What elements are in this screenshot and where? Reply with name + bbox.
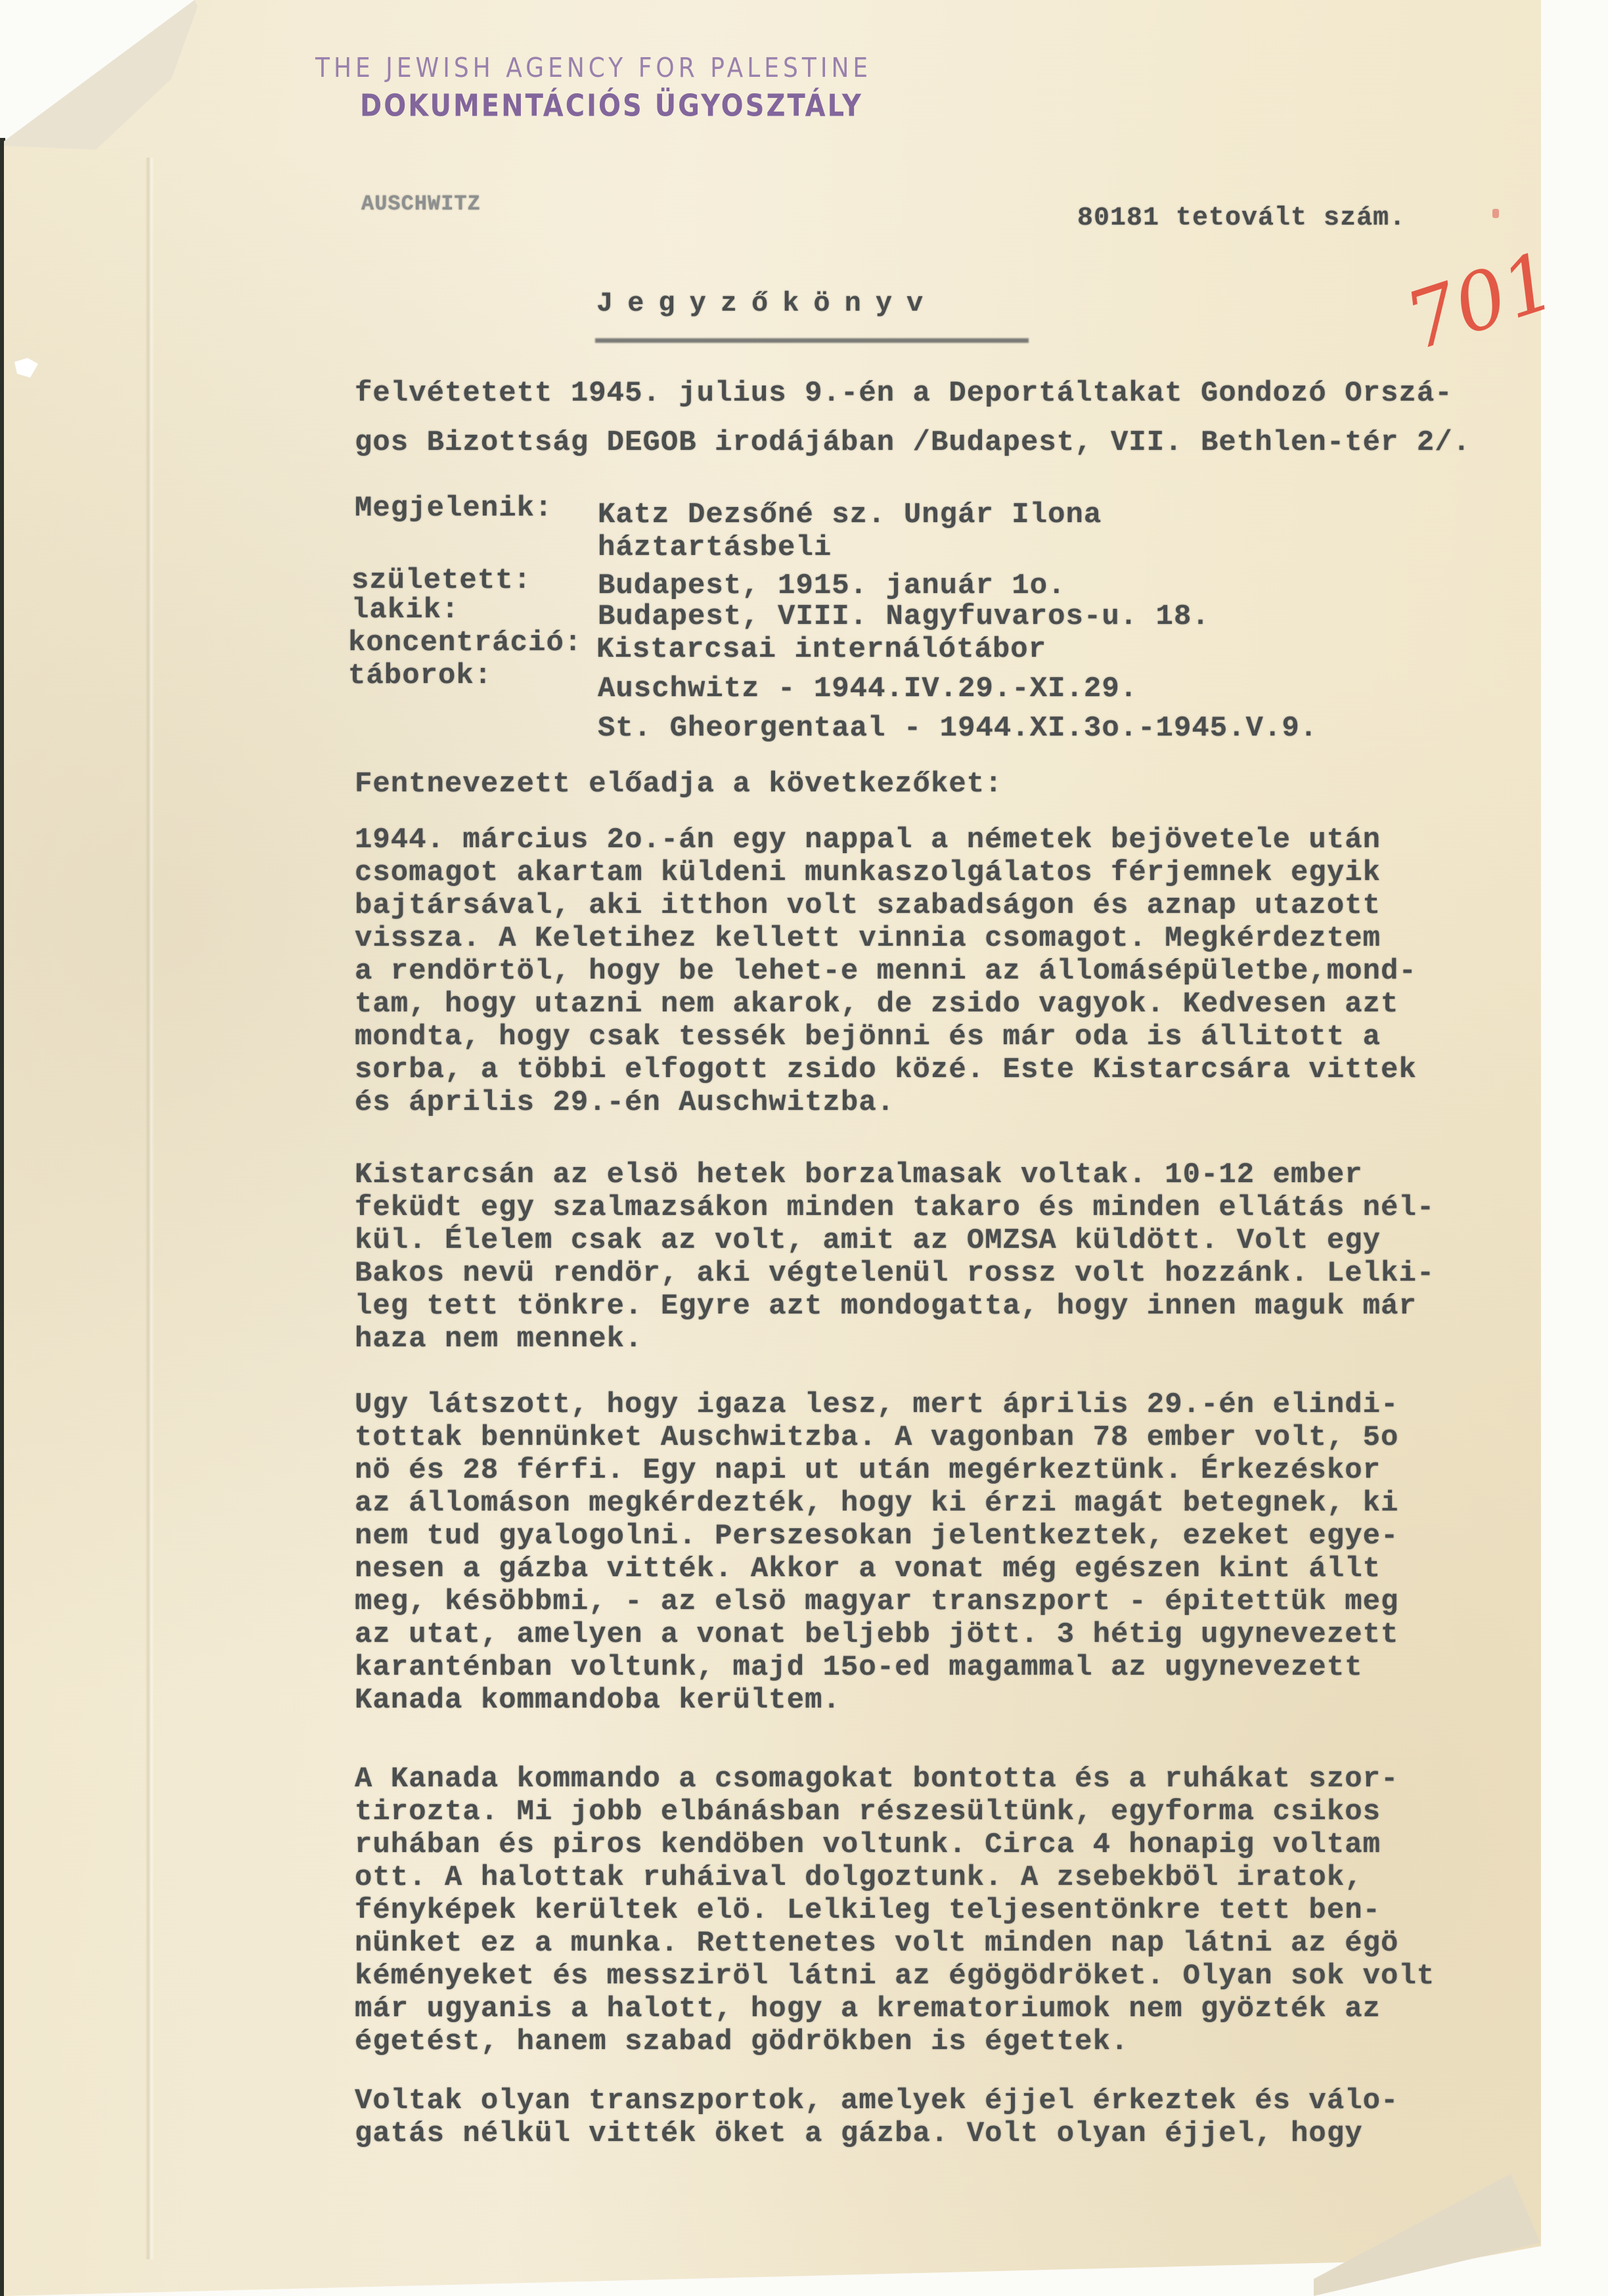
paragraph-line: Bakos nevü rendör, aki végtelenül rossz … [355, 1258, 1435, 1289]
paragraph-line: tam, hogy utazni nem akarok, de zsido va… [355, 988, 1398, 1020]
paragraph-line: nem tud gyalogolni. Perszesokan jelentke… [355, 1520, 1398, 1552]
field-value-occupation: háztartásbeli [598, 532, 832, 563]
paragraph-line: ott. A halottak ruháival dolgoztunk. A z… [355, 1862, 1363, 1893]
paragraph-line: a rendörtöl, hogy be lehet-e menni az ál… [355, 956, 1417, 987]
title-underline [595, 338, 1029, 343]
intro-line: felvétetett 1945. julius 9.-én a Deportá… [355, 378, 1453, 409]
tattoo-number: 80181 tetovált szám. [1077, 204, 1406, 233]
paragraph-line: Kanada kommandoba kerültem. [355, 1685, 841, 1716]
paragraph-line: tirozta. Mi jobb elbánásban részesültünk… [355, 1796, 1381, 1828]
agency-stamp-line1: THE JEWISH AGENCY FOR PALESTINE [315, 53, 872, 83]
field-value-camp-2: St. Gheorgentaal - 1944.XI.3o.-1945.V.9. [598, 713, 1318, 744]
paragraph-line: 1944. március 2o.-án egy nappal a némete… [355, 824, 1381, 856]
paragraph-line: Kistarcsán az elsö hetek borzalmasak vol… [355, 1159, 1363, 1191]
paragraph-line: az állomáson megkérdezték, hogy ki érzi … [355, 1488, 1398, 1519]
field-value-residence: Budapest, VIII. Nagyfuvaros-u. 18. [598, 601, 1210, 632]
paragraph-line: kül. Élelem csak az volt, amit az OMZSA … [355, 1225, 1381, 1256]
agency-stamp-line2: DOKUMENTÁCIÓS ÜGYOSZTÁLY [360, 89, 863, 123]
paragraph-line: feküdt egy szalmazsákon minden takaro és… [355, 1192, 1435, 1224]
field-label-residence: lakik: [351, 594, 459, 626]
paragraph-line: gatás nélkül vitték öket a gázba. Volt o… [355, 2118, 1363, 2150]
paragraph-line: A Kanada kommando a csomagokat bontotta … [355, 1763, 1398, 1795]
paragraph-line: az utat, amelyen a vonat beljebb jött. 3… [355, 1619, 1398, 1650]
paragraph-line: és április 29.-én Auschwitzba. [355, 1087, 895, 1118]
paragraph-line: leg tett tönkre. Egyre azt mondogatta, h… [355, 1291, 1417, 1322]
paragraph-line: sorba, a többi elfogott zsido közé. Este… [355, 1054, 1417, 1086]
paragraph-line: Voltak olyan transzportok, amelyek éjjel… [355, 2085, 1398, 2117]
field-label-born: született: [351, 565, 531, 596]
field-label-camps: táborok: [348, 660, 492, 692]
paragraph-line: haza nem mennek. [355, 1323, 642, 1355]
paragraph-line: nö és 28 férfi. Egy napi ut után megérke… [355, 1455, 1381, 1486]
paragraph-line: mondta, hogy csak tessék bejönni és már … [355, 1021, 1381, 1053]
paragraph-line: meg, késöbbmi, - az elsö magyar transzpo… [355, 1586, 1398, 1618]
paragraph-line: már ugyanis a halott, hogy a krematorium… [355, 1993, 1381, 2025]
paragraph-line: nesen a gázba vitték. Akkor a vonat még … [355, 1553, 1381, 1585]
paragraph-line: csomagot akartam küldeni munkaszolgálato… [355, 857, 1381, 889]
paragraph-line: fényképek kerültek elö. Lelkileg teljese… [355, 1895, 1381, 1926]
paragraph-line: vissza. A Keletihez kellett vinnia csoma… [355, 923, 1381, 954]
paragraph-line: égetést, hanem szabad gödrökben is égett… [355, 2026, 1128, 2058]
preamble: Fentnevezett előadja a következőket: [355, 768, 1003, 800]
paragraph-line: kéményeket és messziröl látni az égögödr… [355, 1960, 1435, 1992]
paragraph-line: karanténban voltunk, majd 15o-ed magamma… [355, 1652, 1363, 1683]
paragraph-line: ruhában és piros kendöben voltunk. Circa… [355, 1829, 1381, 1861]
field-value-concentration: Kistarcsai internálótábor [596, 634, 1046, 665]
field-value-born: Budapest, 1915. január 1o. [598, 570, 1066, 602]
document-title: Jegyzőkönyv [596, 288, 937, 319]
paragraph-line: Ugy látszott, hogy igaza lesz, mert ápri… [355, 1389, 1398, 1421]
paragraph-line: nünket ez a munka. Rettenetes volt minde… [355, 1928, 1398, 1959]
paper-crease [145, 158, 154, 2259]
field-label-appears: Megjelenik: [355, 493, 552, 524]
field-value-name: Katz Dezsőné sz. Ungár Ilona [598, 499, 1102, 531]
field-value-camp-1: Auschwitz - 1944.IV.29.-XI.29. [598, 673, 1138, 705]
paragraph-line: bajtársával, aki itthon volt szabadságon… [355, 890, 1381, 921]
camp-label: AUSCHWITZ [361, 192, 481, 216]
red-pencil-dot [1492, 209, 1499, 218]
intro-line: gos Bizottság DEGOB irodájában /Budapest… [355, 427, 1471, 458]
field-label-concentration: koncentráció: [348, 627, 582, 659]
paragraph-line: tottak bennünket Auschwitzba. A vagonban… [355, 1422, 1398, 1453]
